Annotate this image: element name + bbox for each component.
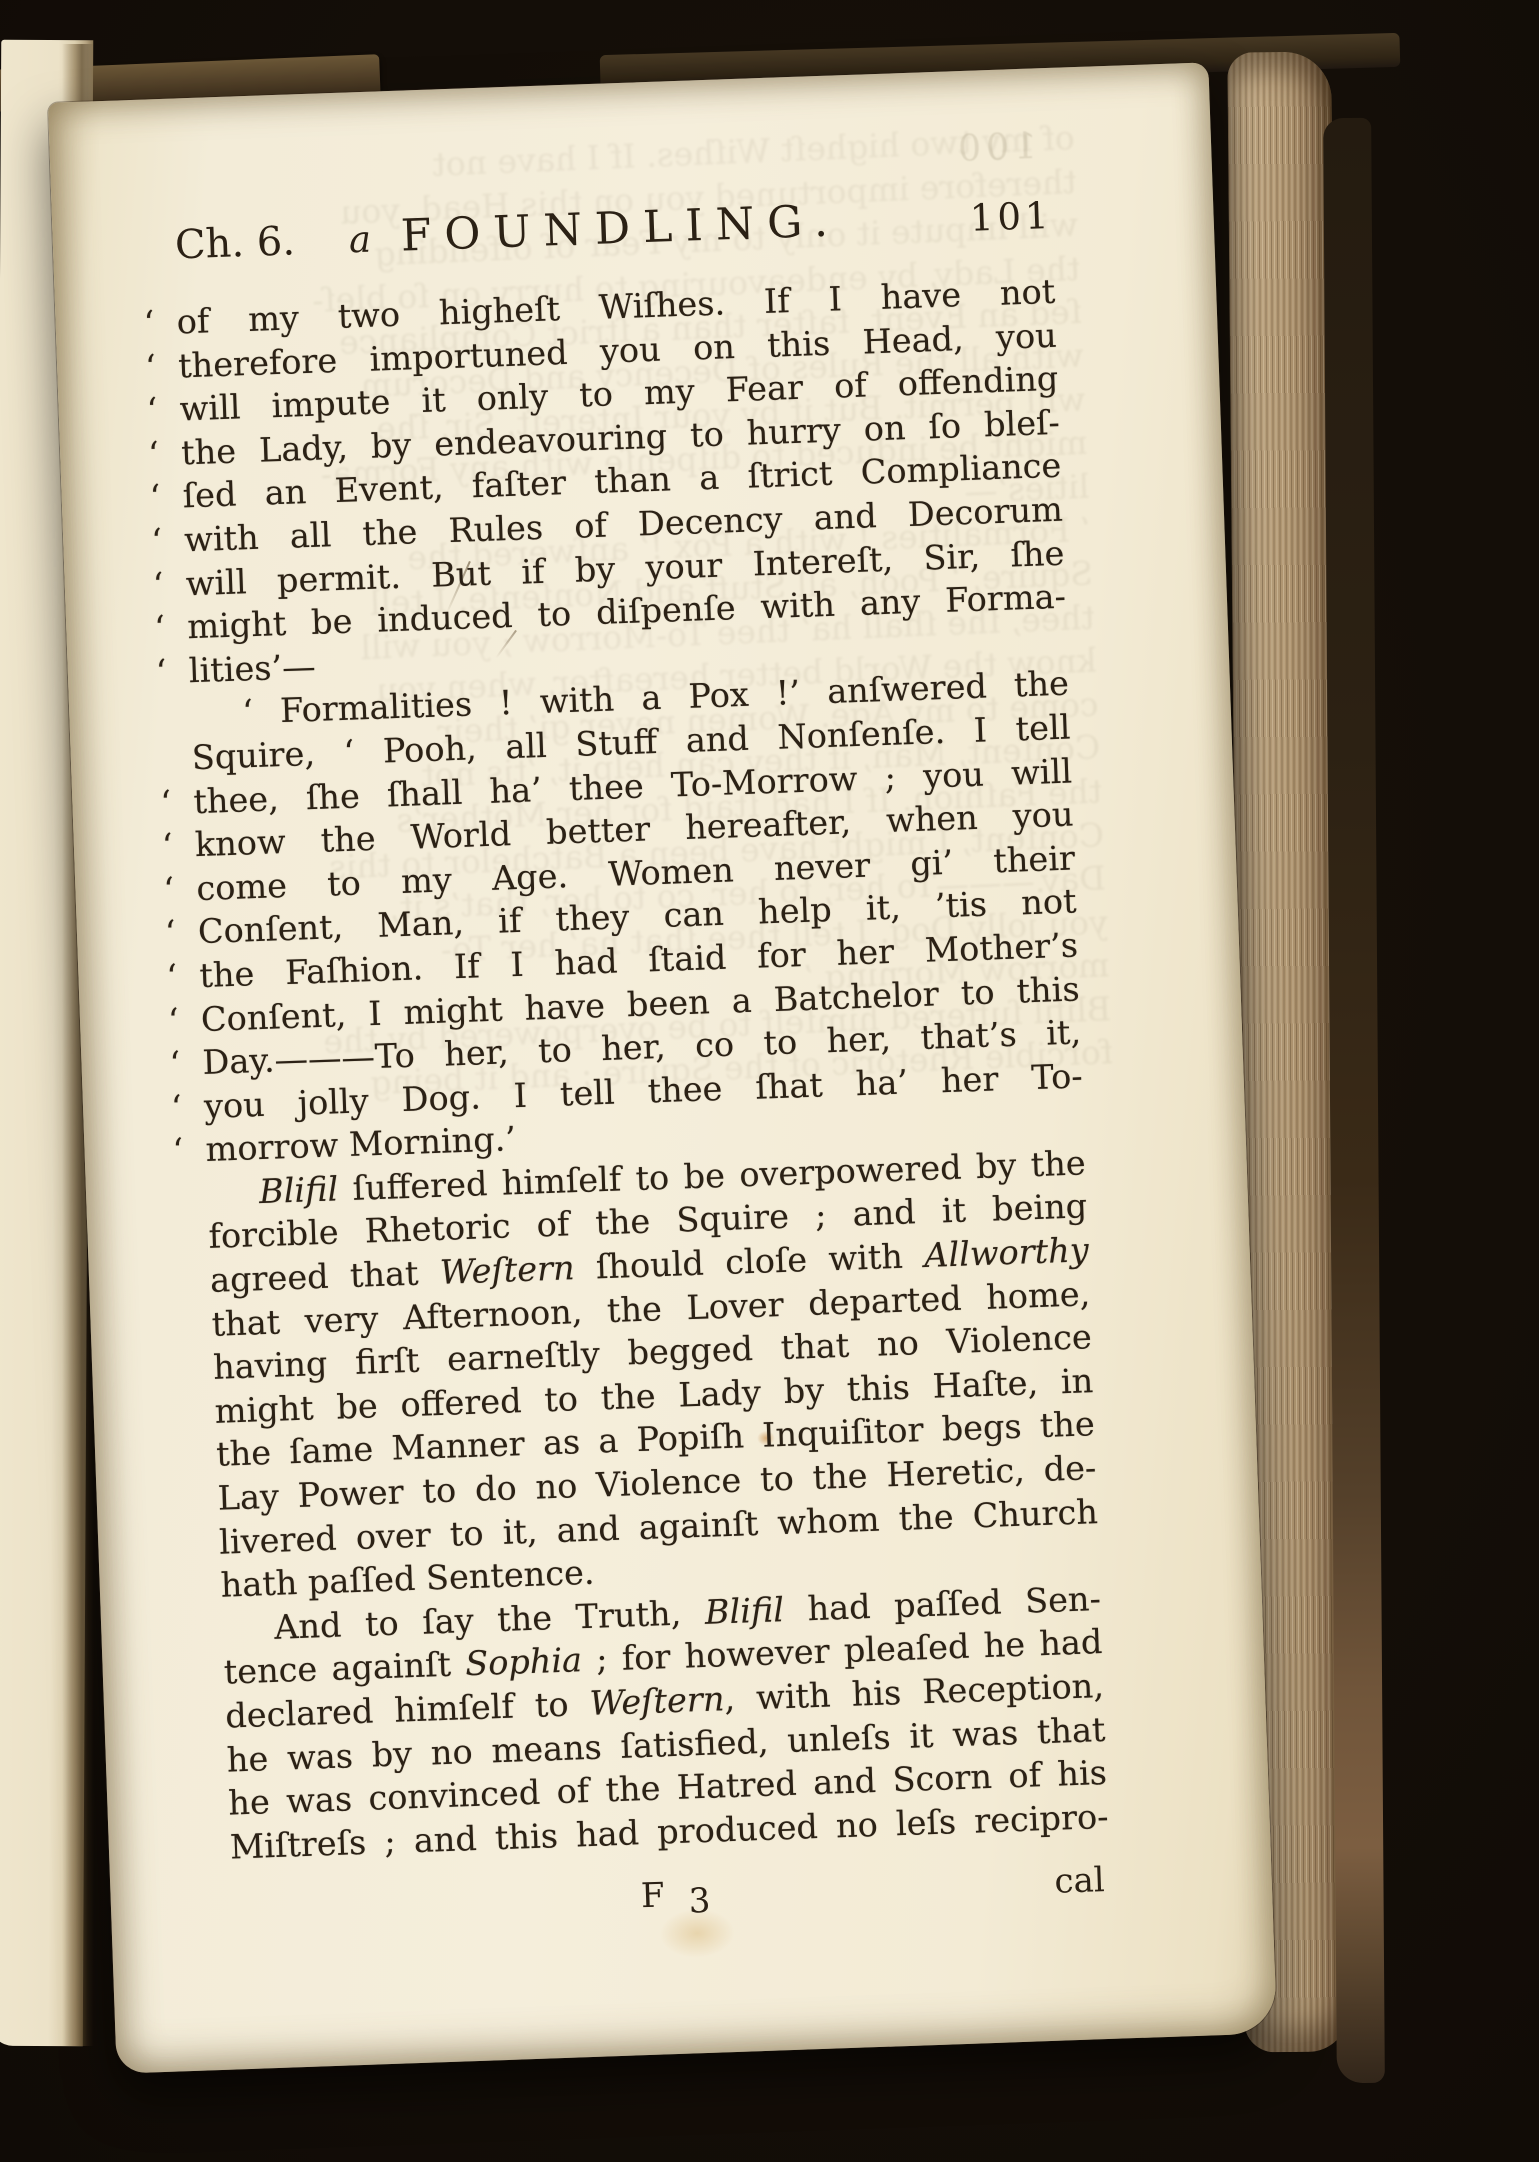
show-through-page-number: 100 xyxy=(952,126,1037,170)
text-segment: agreed that xyxy=(209,1253,440,1300)
catchword: cal xyxy=(1054,1860,1106,1902)
hanging-quote-mark: ‘ xyxy=(148,432,160,476)
page-number: 101 xyxy=(969,194,1053,240)
hanging-quote-mark: ‘ xyxy=(169,1042,181,1086)
hanging-quote-mark: ‘ xyxy=(149,476,161,520)
hanging-quote-mark: ‘ xyxy=(167,998,179,1042)
signature-letter: F xyxy=(640,1875,665,1916)
chapter-label: Ch. 6. xyxy=(174,218,296,268)
running-title-article: a xyxy=(348,218,372,262)
book-photograph: of my two higheſt Wiſhes. If I have nott… xyxy=(0,0,1539,2162)
hanging-quote-mark: ‘ xyxy=(172,1129,184,1173)
hanging-quote-mark: ‘ xyxy=(166,955,178,999)
italic-name: Weſtern xyxy=(589,1679,725,1723)
show-through-line: of my two higheſt Wiſhes. If I have not xyxy=(174,116,1075,197)
hanging-quote-mark: ‘ xyxy=(160,781,172,825)
hanging-quote-mark: ‘ xyxy=(146,388,158,432)
hanging-quote-mark: ‘ xyxy=(155,650,167,694)
hanging-quote-mark: ‘ xyxy=(161,824,173,868)
hanging-quote-mark: ‘ xyxy=(152,563,164,607)
hanging-quote-mark: ‘ xyxy=(154,606,166,650)
hanging-quote-mark: ‘ xyxy=(164,911,176,955)
hanging-quote-mark: ‘ xyxy=(163,868,175,912)
signature-number: 3 xyxy=(688,1881,711,1922)
hanging-quote-mark: ‘ xyxy=(170,1086,182,1130)
italic-name: Blifil xyxy=(704,1590,784,1632)
text-segment: lities’— xyxy=(188,647,316,690)
hanging-quote-mark: ‘ xyxy=(151,519,163,563)
signature-mark: F3 xyxy=(640,1874,711,1916)
italic-name: Sophia xyxy=(465,1641,583,1684)
running-header: Ch. 6. a FOUNDLING. 101 xyxy=(174,188,1053,270)
text-segment: tence againſt xyxy=(223,1645,466,1692)
body-text: ‘of my two higheſt Wiſhes. If I have not… xyxy=(55,264,1270,1873)
hanging-quote-mark: ‘ xyxy=(144,345,156,389)
running-title: FOUNDLING. xyxy=(400,195,842,261)
italic-name: Blifil xyxy=(258,1169,338,1211)
book-page: of my two higheſt Wiſhes. If I have nott… xyxy=(48,62,1277,2073)
italic-name: Allworthy xyxy=(924,1230,1090,1275)
hanging-quote-mark: ‘ xyxy=(143,301,155,345)
italic-name: Weſtern xyxy=(439,1248,575,1292)
